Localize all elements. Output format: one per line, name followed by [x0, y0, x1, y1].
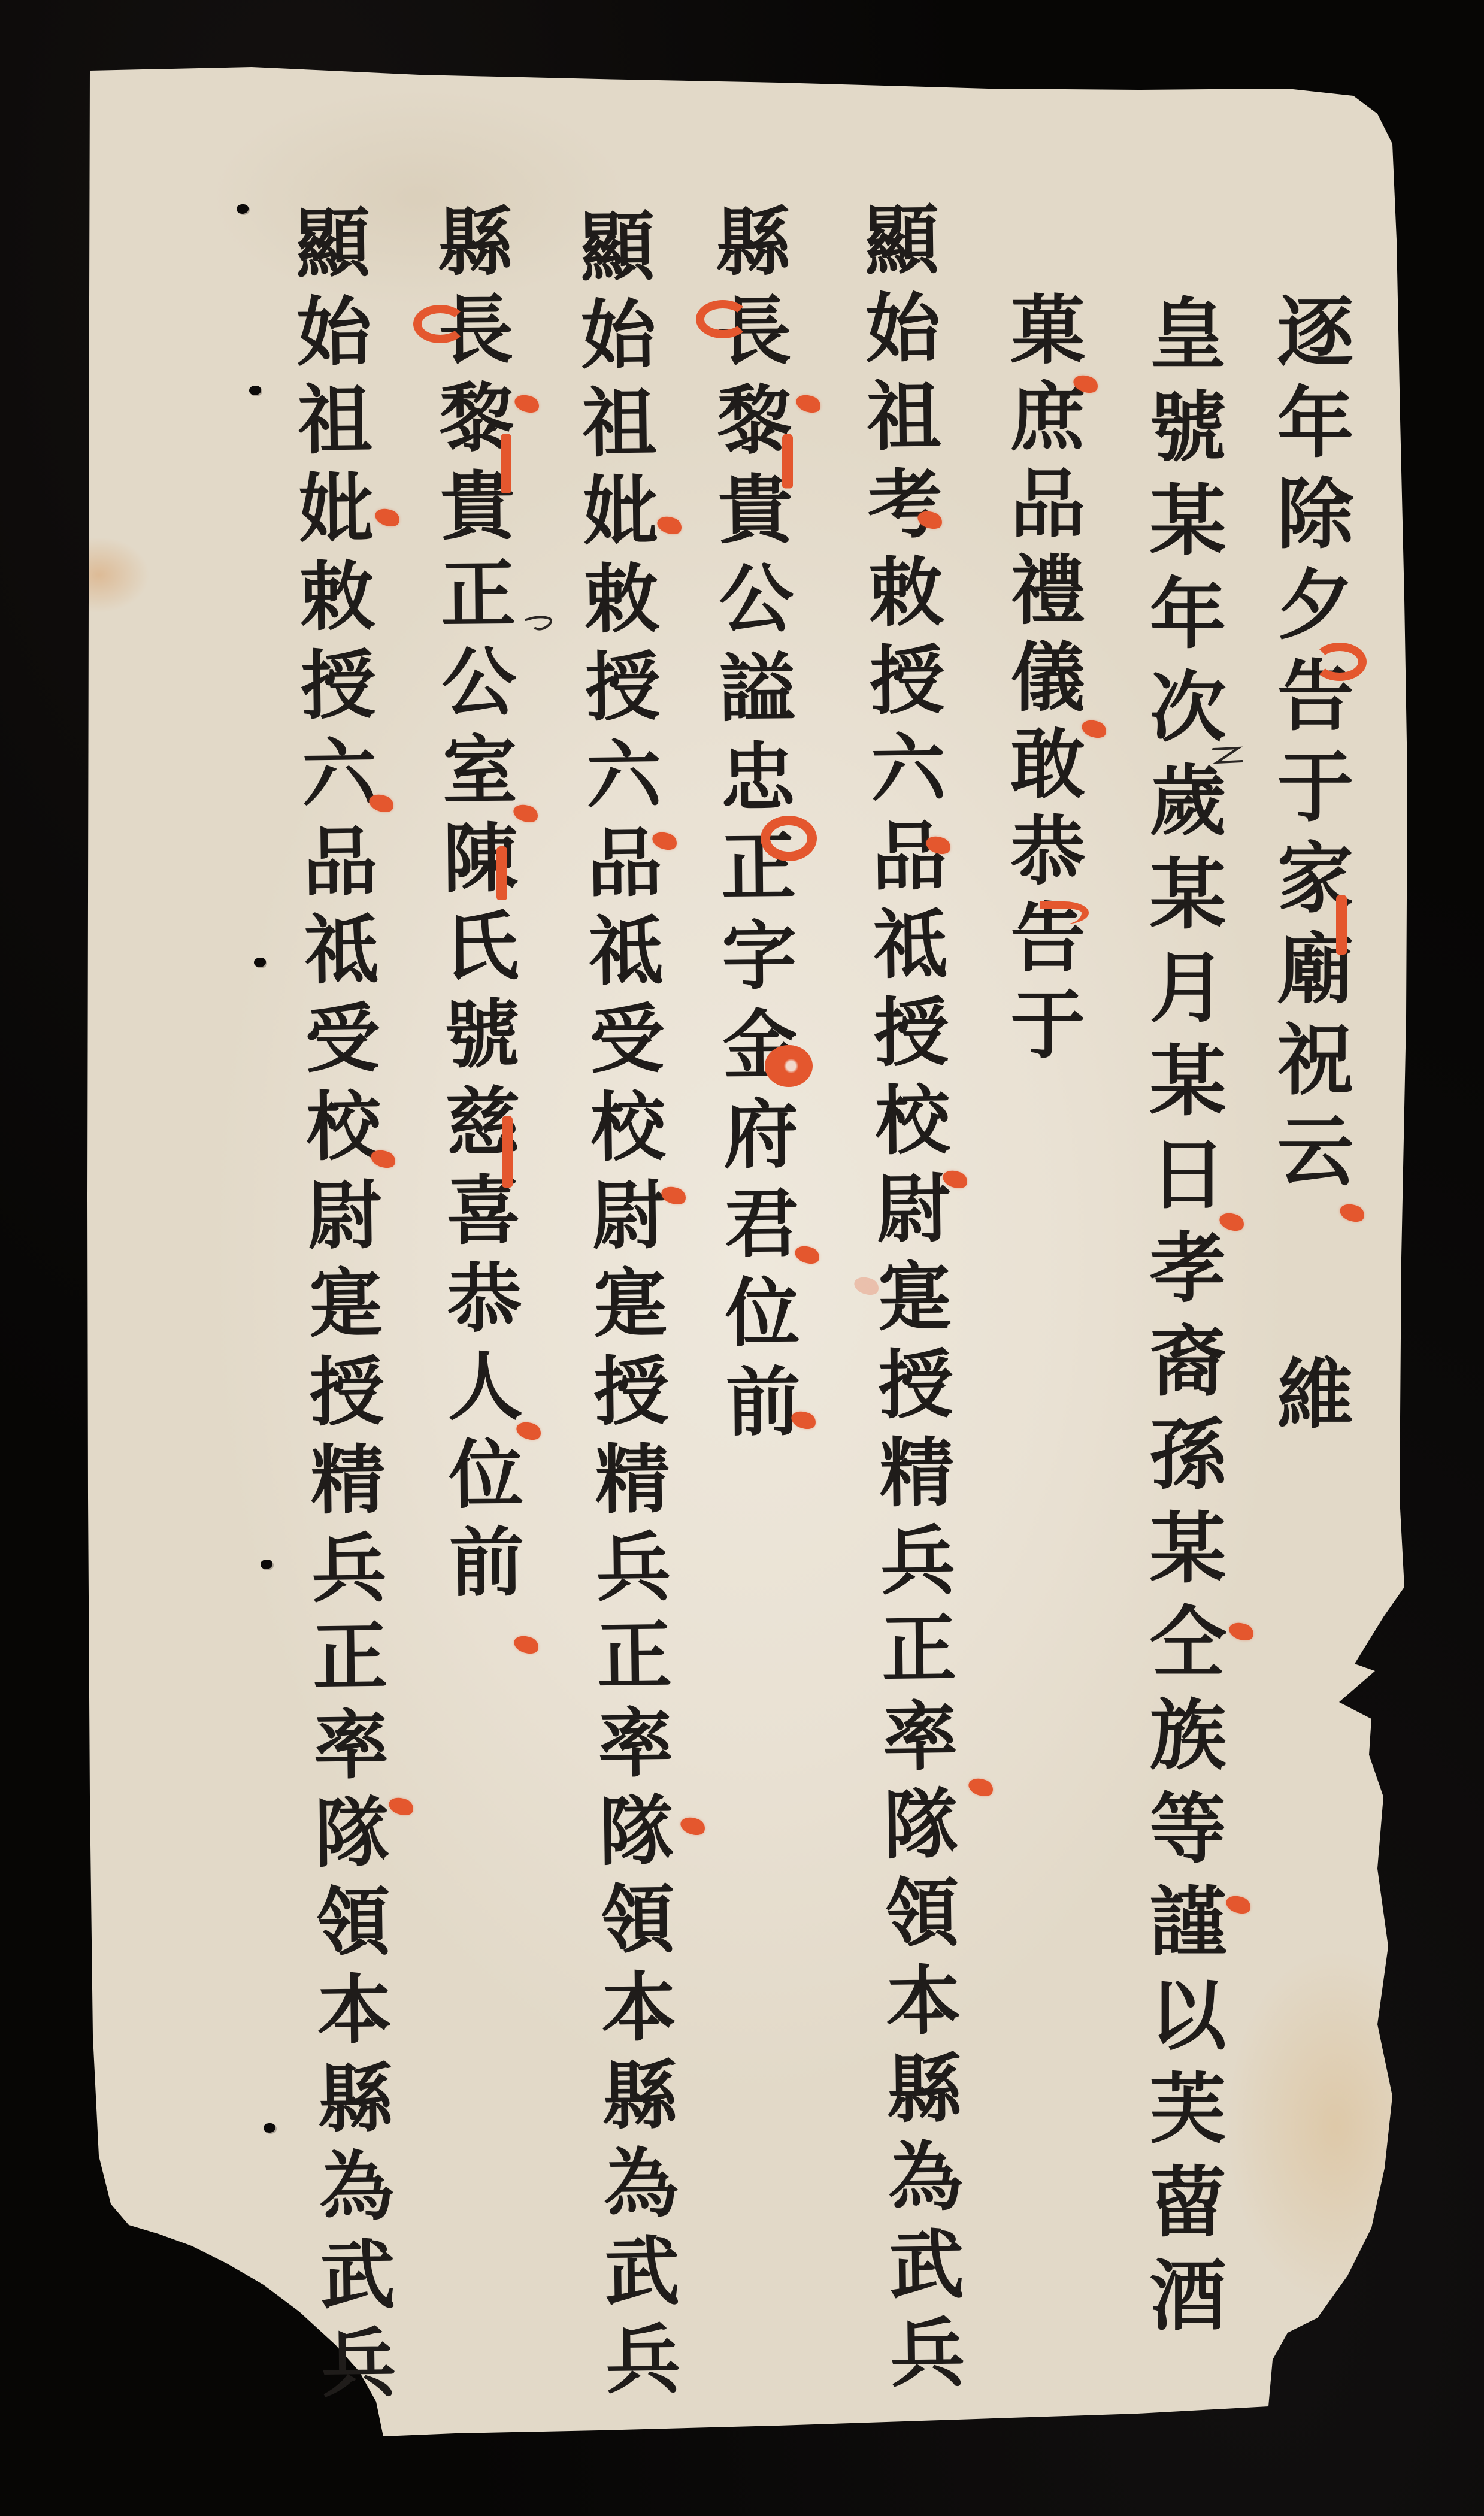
glyph: 歲	[1144, 755, 1232, 848]
glyph: 兵	[590, 1524, 677, 1613]
glyph: 率	[877, 1693, 964, 1782]
glyph: 領	[879, 1869, 966, 1958]
glyph: 恭	[1005, 809, 1091, 895]
glyph: 本	[311, 1966, 398, 2055]
glyph: 敕	[862, 549, 950, 638]
glyph: 人	[442, 1343, 529, 1431]
glyph: 族	[1144, 1689, 1232, 1782]
glyph: 受	[583, 995, 671, 1085]
red-bar-mark	[1336, 895, 1347, 955]
glyph: 敕	[293, 553, 381, 642]
glyph: 受	[299, 995, 386, 1084]
glyph: 前	[443, 1519, 530, 1607]
glyph: 精	[873, 1429, 961, 1518]
glyph: 恭	[441, 1255, 528, 1343]
glyph: 等	[1144, 1782, 1232, 1876]
red-blot-ring-mark	[765, 1045, 813, 1087]
glyph: 祖	[861, 373, 948, 462]
glyph: 號	[439, 991, 526, 1079]
glyph: 氏	[438, 903, 525, 991]
glyph: 喜	[440, 1167, 527, 1255]
glyph: 忠	[714, 733, 801, 823]
glyph: 寔	[587, 1259, 674, 1349]
glyph: 校	[869, 1077, 956, 1166]
glyph: 仝	[1144, 1595, 1232, 1689]
glyph: 菓	[1005, 287, 1091, 374]
glyph: 兵	[599, 2316, 687, 2405]
text-column-1-trailing-char: 維	[1271, 1349, 1359, 1440]
glyph: 隊	[877, 1781, 965, 1870]
glyph: 正	[591, 1612, 679, 1701]
glyph: 縣	[596, 2052, 684, 2141]
glyph: 酒	[1144, 2249, 1232, 2343]
glyph: 祗	[298, 906, 385, 995]
glyph: 次	[1144, 661, 1232, 755]
glyph: 授	[303, 1348, 390, 1437]
glyph: 武	[314, 2231, 401, 2320]
glyph: 孫	[1144, 1409, 1232, 1502]
glyph: 率	[308, 1701, 395, 1790]
glyph: 祝	[1271, 1015, 1359, 1106]
text-column-7: 縣長黎貴正公室陳氏號慈喜恭人位前	[432, 198, 530, 1607]
glyph: 領	[310, 1878, 397, 1967]
glyph: 縣	[432, 198, 519, 287]
glyph: 禮	[1005, 548, 1091, 635]
glyph: 精	[589, 1436, 676, 1525]
glyph: 本	[880, 1957, 967, 2046]
glyph: 祖	[292, 376, 379, 465]
glyph: 年	[1271, 378, 1359, 469]
red-c-ring-mark	[696, 300, 750, 338]
glyph: 某	[1144, 848, 1232, 941]
glyph: 兵	[884, 2309, 971, 2399]
glyph: 縣	[710, 198, 796, 287]
glyph: 隊	[308, 1790, 396, 1879]
glyph: 校	[584, 1083, 672, 1173]
glyph: 領	[594, 1876, 682, 1965]
red-hook-mark	[1040, 901, 1089, 924]
glyph: 室	[437, 726, 523, 815]
inversion-mark-icon	[1210, 746, 1246, 766]
glyph: 武	[598, 2228, 686, 2317]
glyph: 隊	[593, 1788, 680, 1877]
glyph: 六	[296, 729, 383, 819]
glyph: 年	[1144, 568, 1232, 661]
glyph: 月	[1144, 941, 1232, 1035]
glyph: 始	[859, 284, 947, 374]
glyph: 妣	[292, 465, 380, 554]
red-ring-mark	[761, 816, 817, 861]
glyph: 考	[861, 461, 949, 550]
glyph: 授	[295, 641, 382, 731]
glyph: 本	[595, 1964, 683, 2053]
glyph: 號	[1144, 381, 1232, 474]
glyph: 寔	[302, 1259, 390, 1349]
glyph: 為	[882, 2133, 970, 2223]
glyph: 正	[307, 1613, 394, 1702]
glyph: 府	[717, 1090, 804, 1180]
glyph: 除	[1271, 469, 1359, 560]
glyph: 君	[718, 1179, 805, 1269]
glyph: 尉	[586, 1171, 673, 1261]
glyph: 以	[1144, 1969, 1232, 2063]
glyph: 敢	[1005, 722, 1091, 809]
red-open-ring-mark	[1313, 643, 1367, 681]
glyph: 皇	[1144, 287, 1232, 381]
glyph: 芙	[1144, 2063, 1232, 2156]
inversion-mark-icon	[522, 614, 556, 638]
glyph: 云	[1271, 1106, 1359, 1197]
glyph: 為	[598, 2140, 685, 2229]
glyph: 縣	[312, 2054, 399, 2143]
glyph: 某	[1144, 1035, 1232, 1128]
glyph: 夕	[1271, 560, 1359, 651]
glyph: 于	[1005, 982, 1091, 1069]
glyph: 位	[443, 1431, 529, 1519]
glyph: 始	[575, 291, 662, 380]
glyph: 陳	[437, 815, 524, 903]
red-bar-mark	[782, 434, 793, 489]
glyph: 授	[587, 1348, 675, 1437]
glyph: 率	[592, 1700, 680, 1789]
glyph: 始	[290, 288, 378, 377]
glyph: 逐	[1271, 287, 1359, 378]
glyph: 品	[1005, 461, 1091, 548]
glyph: 慈	[440, 1079, 526, 1167]
text-column-3: 菓庶品禮儀敢恭告于	[1005, 287, 1091, 1069]
glyph: 顯	[289, 199, 377, 289]
glyph: 顯	[574, 203, 661, 292]
glyph: 祖	[576, 379, 664, 468]
glyph: 蒥	[1144, 2156, 1232, 2249]
glyph: 兵	[315, 2320, 402, 2409]
glyph: 公	[435, 638, 522, 727]
glyph: 敕	[578, 555, 665, 644]
glyph: 謹	[1144, 1876, 1232, 1969]
glyph: 品	[297, 818, 384, 907]
glyph: 日	[1144, 1128, 1232, 1222]
glyph: 裔	[1144, 1315, 1232, 1409]
glyph: 授	[868, 989, 955, 1078]
glyph: 六	[865, 725, 952, 814]
glyph: 妣	[577, 467, 664, 556]
glyph: 謚	[714, 644, 801, 734]
red-bar-mark	[502, 1116, 513, 1188]
glyph: 正	[876, 1605, 963, 1694]
glyph: 祗	[582, 907, 670, 997]
glyph: 前	[720, 1358, 807, 1448]
glyph: 尉	[301, 1171, 389, 1261]
glyph: 兵	[874, 1517, 962, 1606]
glyph: 顯	[858, 196, 946, 286]
text-column-2: 皇號某年次歲某月某日孝裔孫某仝族等謹以芙蒥酒	[1144, 287, 1232, 2343]
glyph: 為	[313, 2143, 401, 2232]
glyph: 授	[864, 637, 951, 726]
text-column-1: 逐年除夕告于家廟祝云	[1271, 287, 1359, 1197]
glyph: 精	[304, 1436, 392, 1525]
glyph: 授	[872, 1341, 959, 1430]
glyph: 寔	[871, 1253, 959, 1342]
glyph: 正	[435, 550, 522, 639]
glyph: 某	[1144, 1502, 1232, 1595]
glyph: 武	[883, 2221, 970, 2311]
glyph: 縣	[881, 2045, 968, 2134]
glyph: 字	[716, 912, 802, 1001]
glyph: 品	[582, 819, 669, 909]
glyph: 于	[1271, 742, 1359, 833]
glyph: 孝	[1144, 1222, 1232, 1315]
red-bar-mark	[496, 846, 507, 900]
red-c-ring-mark	[413, 305, 467, 343]
red-bar-mark	[501, 434, 511, 493]
glyph: 品	[866, 813, 953, 902]
glyph: 位	[719, 1268, 806, 1358]
glyph: 六	[580, 731, 668, 820]
glyph: 某	[1144, 474, 1232, 568]
glyph: 兵	[305, 1524, 393, 1613]
glyph: 授	[579, 643, 667, 732]
glyph: 祗	[867, 901, 954, 990]
glyph: 公	[713, 555, 799, 644]
glyph: 儀	[1005, 635, 1091, 722]
